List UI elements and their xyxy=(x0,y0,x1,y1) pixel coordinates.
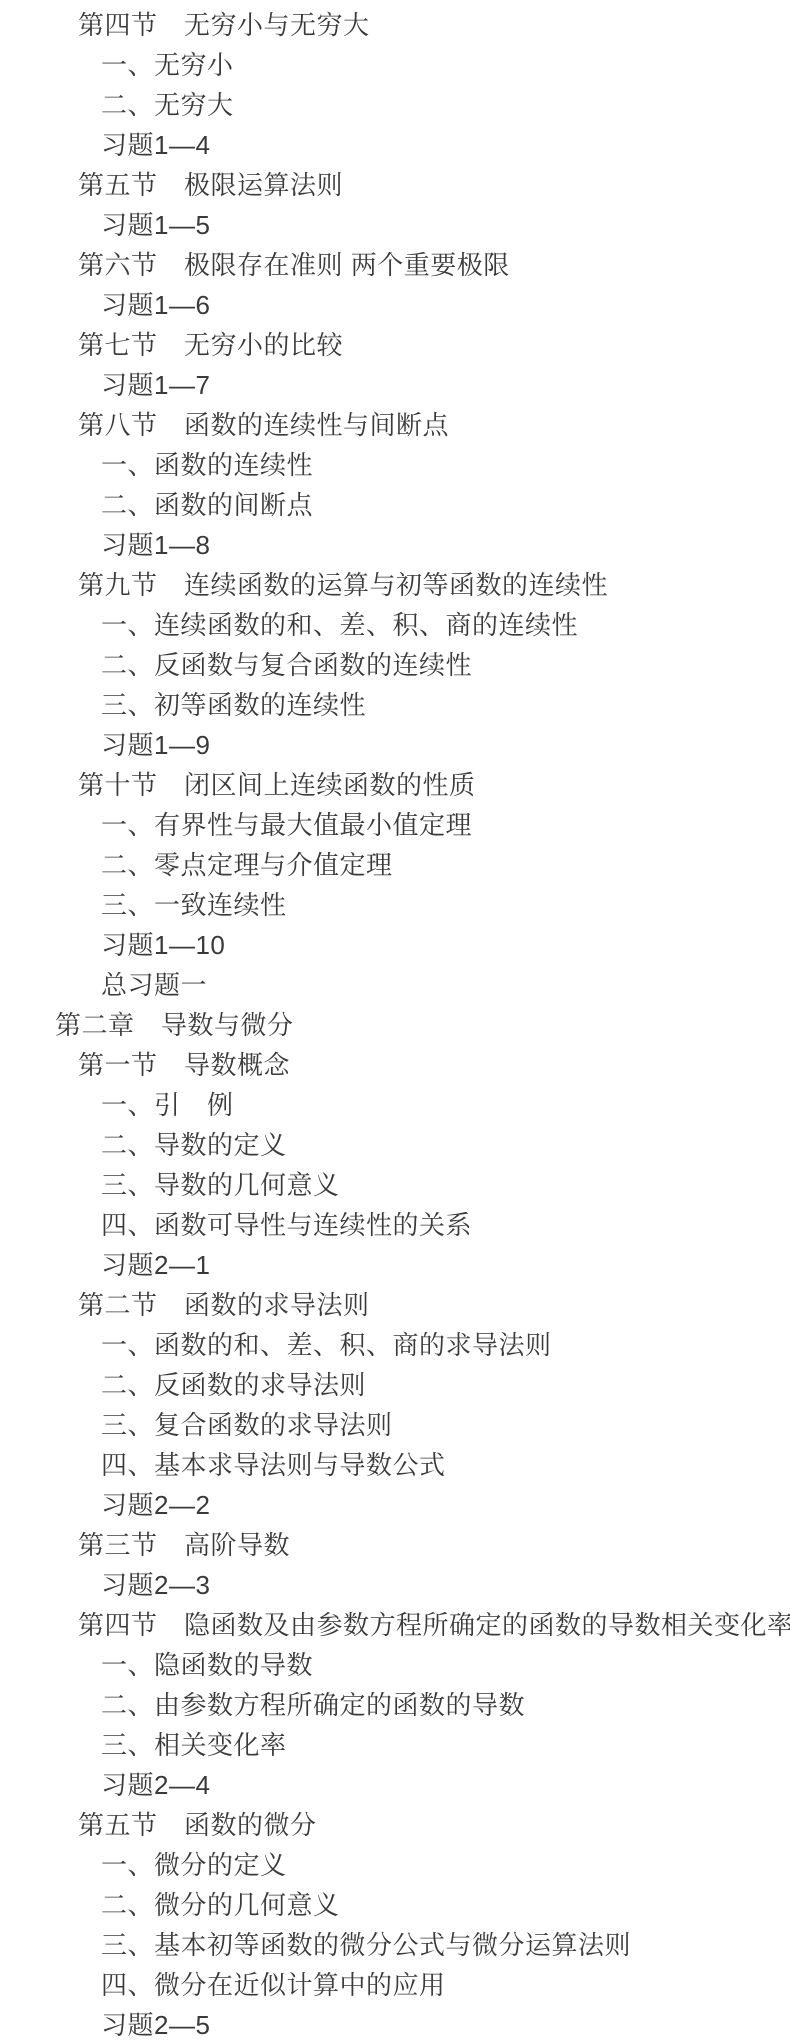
toc-item: 习题1—8 xyxy=(0,525,790,565)
toc-item: 习题2—4 xyxy=(0,1765,790,1805)
toc-item: 习题1—4 xyxy=(0,125,790,165)
toc-item: 第十节 闭区间上连续函数的性质 xyxy=(0,765,790,805)
toc-item: 习题1—6 xyxy=(0,285,790,325)
toc-item: 二、由参数方程所确定的函数的导数 xyxy=(0,1685,790,1725)
toc-item: 第八节 函数的连续性与间断点 xyxy=(0,405,790,445)
toc-item: 四、基本求导法则与导数公式 xyxy=(0,1445,790,1485)
toc-item: 一、隐函数的导数 xyxy=(0,1645,790,1685)
toc-item: 一、微分的定义 xyxy=(0,1845,790,1885)
toc-item: 总习题一 xyxy=(0,965,790,1005)
toc-item: 三、基本初等函数的微分公式与微分运算法则 xyxy=(0,1925,790,1965)
toc-item: 习题1—7 xyxy=(0,365,790,405)
toc-item: 二、微分的几何意义 xyxy=(0,1885,790,1925)
toc-item: 一、引 例 xyxy=(0,1085,790,1125)
toc-item: 第六节 极限存在准则 两个重要极限 xyxy=(0,245,790,285)
toc-item: 一、连续函数的和、差、积、商的连续性 xyxy=(0,605,790,645)
toc-item: 习题2—3 xyxy=(0,1565,790,1605)
toc-item: 一、函数的连续性 xyxy=(0,445,790,485)
toc-item: 二、无穷大 xyxy=(0,85,790,125)
toc-item: 习题1—9 xyxy=(0,725,790,765)
page: 第四节 无穷小与无穷大一、无穷小二、无穷大习题1—4第五节 极限运算法则习题1—… xyxy=(0,0,790,2044)
toc-item: 二、导数的定义 xyxy=(0,1125,790,1165)
toc-item: 四、函数可导性与连续性的关系 xyxy=(0,1205,790,1245)
toc-item: 第三节 高阶导数 xyxy=(0,1525,790,1565)
toc-item: 二、反函数与复合函数的连续性 xyxy=(0,645,790,685)
toc-item: 二、反函数的求导法则 xyxy=(0,1365,790,1405)
toc-item: 一、有界性与最大值最小值定理 xyxy=(0,805,790,845)
toc-item: 习题2—2 xyxy=(0,1485,790,1525)
toc-item: 第四节 隐函数及由参数方程所确定的函数的导数相关变化率 xyxy=(0,1605,790,1645)
toc-item: 第五节 极限运算法则 xyxy=(0,165,790,205)
table-of-contents: 第四节 无穷小与无穷大一、无穷小二、无穷大习题1—4第五节 极限运算法则习题1—… xyxy=(0,5,790,2044)
toc-item: 第一节 导数概念 xyxy=(0,1045,790,1085)
toc-item: 第五节 函数的微分 xyxy=(0,1805,790,1845)
toc-item: 第二节 函数的求导法则 xyxy=(0,1285,790,1325)
toc-item: 一、无穷小 xyxy=(0,45,790,85)
toc-item: 习题2—5 xyxy=(0,2005,790,2044)
toc-item: 习题1—5 xyxy=(0,205,790,245)
toc-item: 第二章 导数与微分 xyxy=(0,1005,790,1045)
toc-item: 第四节 无穷小与无穷大 xyxy=(0,5,790,45)
toc-item: 第七节 无穷小的比较 xyxy=(0,325,790,365)
toc-item: 三、复合函数的求导法则 xyxy=(0,1405,790,1445)
toc-item: 二、零点定理与介值定理 xyxy=(0,845,790,885)
toc-item: 三、相关变化率 xyxy=(0,1725,790,1765)
toc-item: 习题2—1 xyxy=(0,1245,790,1285)
toc-item: 习题1—10 xyxy=(0,925,790,965)
toc-item: 二、函数的间断点 xyxy=(0,485,790,525)
toc-item: 四、微分在近似计算中的应用 xyxy=(0,1965,790,2005)
toc-item: 第九节 连续函数的运算与初等函数的连续性 xyxy=(0,565,790,605)
toc-item: 一、函数的和、差、积、商的求导法则 xyxy=(0,1325,790,1365)
toc-item: 三、一致连续性 xyxy=(0,885,790,925)
toc-item: 三、初等函数的连续性 xyxy=(0,685,790,725)
toc-item: 三、导数的几何意义 xyxy=(0,1165,790,1205)
